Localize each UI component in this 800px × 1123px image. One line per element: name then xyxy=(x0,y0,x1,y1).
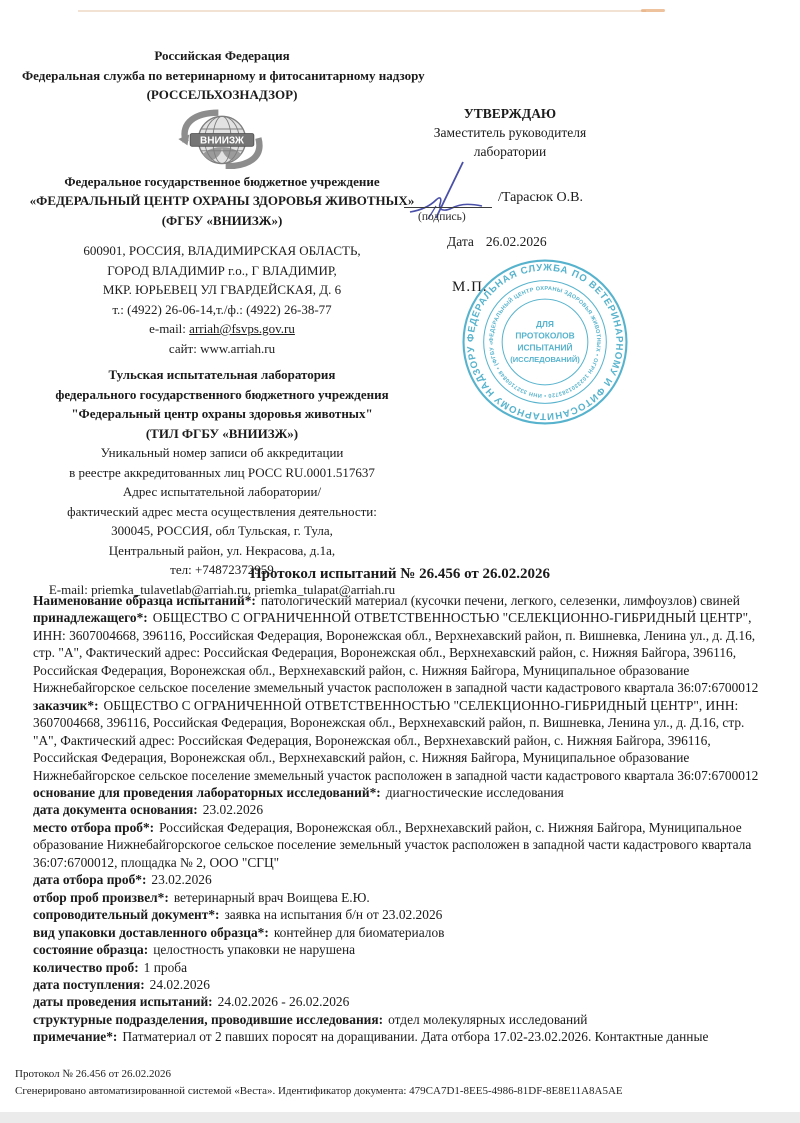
field-sample-name: Наименование образца испытаний*:патологи… xyxy=(33,592,770,609)
footer-protocol-number: Протокол № 26.456 от 26.02.2026 xyxy=(15,1066,623,1083)
field-value: диагностические исследования xyxy=(386,785,564,800)
field-customer: заказчик*:ОБЩЕСТВО С ОГРАНИЧЕННОЙ ОТВЕТС… xyxy=(33,697,770,784)
field-label: основание для проведения лабораторных ис… xyxy=(33,785,381,800)
header-org-short: (ФГБУ «ВНИИЗЖ») xyxy=(22,211,422,231)
field-sampling-date: дата отбора проб*:23.02.2026 xyxy=(33,871,770,888)
org-site-line: сайт: www.arriah.ru xyxy=(22,339,422,359)
org-address-line: 600901, РОССИЯ, ВЛАДИМИРСКАЯ ОБЛАСТЬ, xyxy=(22,241,422,261)
field-label: примечание*: xyxy=(33,1029,117,1044)
header-org-type: Федеральное государственное бюджетное уч… xyxy=(22,172,422,192)
org-address-line: МКР. ЮРЬЕВЕЦ УЛ ГВАРДЕЙСКАЯ, Д. 6 xyxy=(22,280,422,300)
field-label: Наименование образца испытаний*: xyxy=(33,593,256,608)
field-label: заказчик*: xyxy=(33,698,99,713)
field-label: сопроводительный документ*: xyxy=(33,907,219,922)
lab-info-line: Адрес испытательной лаборатории/ xyxy=(22,482,422,502)
field-receipt-date: дата поступления:24.02.2026 xyxy=(33,976,770,993)
vniizh-globe-logo: ВНИИЗЖ xyxy=(175,109,269,169)
stamp-center-line: ПРОТОКОЛОВ xyxy=(515,331,574,341)
protocol-title: Протокол испытаний № 26.456 от 26.02.202… xyxy=(0,566,800,583)
footer-generated-note: Сгенерировано автоматизированной системо… xyxy=(15,1083,623,1100)
date-value: 26.02.2026 xyxy=(486,234,547,249)
lab-name-line: "Федеральный центр охраны здоровья живот… xyxy=(22,404,422,424)
lab-name-line: Тульская испытательная лаборатория xyxy=(22,365,422,385)
field-label: место отбора проб*: xyxy=(33,820,154,835)
scan-artifact-top-line xyxy=(78,10,646,12)
field-owner: принадлежащего*:ОБЩЕСТВО С ОГРАНИЧЕННОЙ … xyxy=(33,609,770,696)
org-address-line: ГОРОД ВЛАДИМИР г.о., Г ВЛАДИМИР, xyxy=(22,261,422,281)
field-label: состояние образца: xyxy=(33,942,148,957)
email-label: e-mail: xyxy=(149,321,186,336)
field-label: отбор проб произвел*: xyxy=(33,890,169,905)
field-value: заявка на испытания б/н от 23.02.2026 xyxy=(224,907,442,922)
lab-name-line: федерального государственного бюджетного… xyxy=(22,385,422,405)
date-label: Дата xyxy=(447,234,474,249)
field-basis-date: дата документа основания:23.02.2026 xyxy=(33,801,770,818)
field-label: количество проб: xyxy=(33,960,139,975)
signature-caption: (подпись) xyxy=(418,211,466,223)
lab-name-line: (ТИЛ ФГБУ «ВНИИЗЖ») xyxy=(22,424,422,444)
org-email-link: arriah@fsvps.gov.ru xyxy=(189,321,295,336)
lab-info-line: Центральный район, ул. Некрасова, д.1а, xyxy=(22,541,422,561)
header-service: Федеральная служба по ветеринарному и фи… xyxy=(22,66,422,86)
field-sample-condition: состояние образца:целостность упаковки н… xyxy=(33,941,770,958)
org-address-block: 600901, РОССИЯ, ВЛАДИМИРСКАЯ ОБЛАСТЬ, ГО… xyxy=(22,241,422,358)
field-sampler: отбор проб произвел*:ветеринарный врач В… xyxy=(33,889,770,906)
protocol-body: Наименование образца испытаний*:патологи… xyxy=(33,592,770,1046)
field-value: 23.02.2026 xyxy=(203,802,263,817)
scan-artifact-top-dash xyxy=(641,9,665,12)
page-footer: Протокол № 26.456 от 26.02.2026 Сгенерир… xyxy=(15,1066,623,1100)
header-service-short: (РОССЕЛЬХОЗНАДЗОР) xyxy=(22,85,422,105)
field-value: патологический материал (кусочки печени,… xyxy=(261,593,740,608)
approval-title: УТВЕРЖДАЮ xyxy=(405,104,615,123)
org-email-line: e-mail: arriah@fsvps.gov.ru xyxy=(22,319,422,339)
protocol-document-page: Российская Федерация Федеральная служба … xyxy=(0,0,800,1123)
field-label: дата отбора проб*: xyxy=(33,872,146,887)
field-value: отдел молекулярных исследований xyxy=(388,1012,587,1027)
field-value: 23.02.2026 xyxy=(151,872,211,887)
field-value: контейнер для биоматериалов xyxy=(274,925,445,940)
field-packaging: вид упаковки доставленного образца*:конт… xyxy=(33,924,770,941)
field-value: 24.02.2026 xyxy=(150,977,210,992)
header-org-name: «ФЕДЕРАЛЬНЫЙ ЦЕНТР ОХРАНЫ ЗДОРОВЬЯ ЖИВОТ… xyxy=(22,191,422,211)
logo-banner-text: ВНИИЗЖ xyxy=(200,135,245,146)
testing-lab-block: Тульская испытательная лаборатория федер… xyxy=(22,365,422,599)
approver-name: /Тарасюк О.В. xyxy=(498,190,583,206)
scan-artifact-bottom-strip xyxy=(0,1112,800,1123)
header-left-column: Российская Федерация Федеральная служба … xyxy=(22,46,422,599)
field-value: 24.02.2026 - 26.02.2026 xyxy=(218,994,350,1009)
field-value: ветеринарный врач Воищева Е.Ю. xyxy=(174,890,370,905)
field-sampling-place: место отбора проб*:Российская Федерация,… xyxy=(33,819,770,871)
field-value: 1 проба xyxy=(144,960,187,975)
approval-block: УТВЕРЖДАЮ Заместитель руководителя лабор… xyxy=(405,104,615,161)
field-testing-dates: даты проведения испытаний:24.02.2026 - 2… xyxy=(33,993,770,1010)
org-address-line: т.: (4922) 26-06-14,т./ф.: (4922) 26-38-… xyxy=(22,300,422,320)
lab-info-line: 300045, РОССИЯ, обл Тульская, г. Тула, xyxy=(22,521,422,541)
field-value: Патматериал от 2 павших поросят на доращ… xyxy=(122,1029,708,1044)
lab-info-line: Уникальный номер записи об аккредитации xyxy=(22,443,422,463)
lab-info-line: фактический адрес места осуществления де… xyxy=(22,502,422,522)
header-country: Российская Федерация xyxy=(22,46,422,66)
signature-line xyxy=(404,207,492,208)
stamp-center-line: ИСПЫТАНИЙ xyxy=(517,341,572,352)
lab-round-stamp: ФЕДЕРАЛЬНАЯ СЛУЖБА ПО ВЕТЕРИНАРНОМУ И ФИ… xyxy=(461,258,629,426)
field-accompanying-document: сопроводительный документ*:заявка на исп… xyxy=(33,906,770,923)
field-label: принадлежащего*: xyxy=(33,610,148,625)
stamp-center-line: (ИССЛЕДОВАНИЙ) xyxy=(510,355,580,364)
field-value: ОБЩЕСТВО С ОГРАНИЧЕННОЙ ОТВЕТСТВЕННОСТЬЮ… xyxy=(33,698,758,783)
field-departments: структурные подразделения, проводившие и… xyxy=(33,1011,770,1028)
field-note: примечание*:Патматериал от 2 павших поро… xyxy=(33,1028,770,1045)
field-label: дата документа основания: xyxy=(33,802,198,817)
field-label: структурные подразделения, проводившие и… xyxy=(33,1012,383,1027)
field-label: даты проведения испытаний: xyxy=(33,994,213,1009)
field-basis: основание для проведения лабораторных ис… xyxy=(33,784,770,801)
approver-position-line: Заместитель руководителя xyxy=(405,123,615,142)
field-label: вид упаковки доставленного образца*: xyxy=(33,925,269,940)
signature-block: /Тарасюк О.В. (подпись) xyxy=(398,158,638,228)
approval-date-row: Дата26.02.2026 xyxy=(447,234,559,250)
field-sample-count: количество проб:1 проба xyxy=(33,959,770,976)
field-value: целостность упаковки не нарушена xyxy=(153,942,355,957)
lab-info-line: в реестре аккредитованных лиц РОСС RU.00… xyxy=(22,463,422,483)
field-label: дата поступления: xyxy=(33,977,145,992)
stamp-center-line: ДЛЯ xyxy=(536,319,554,329)
